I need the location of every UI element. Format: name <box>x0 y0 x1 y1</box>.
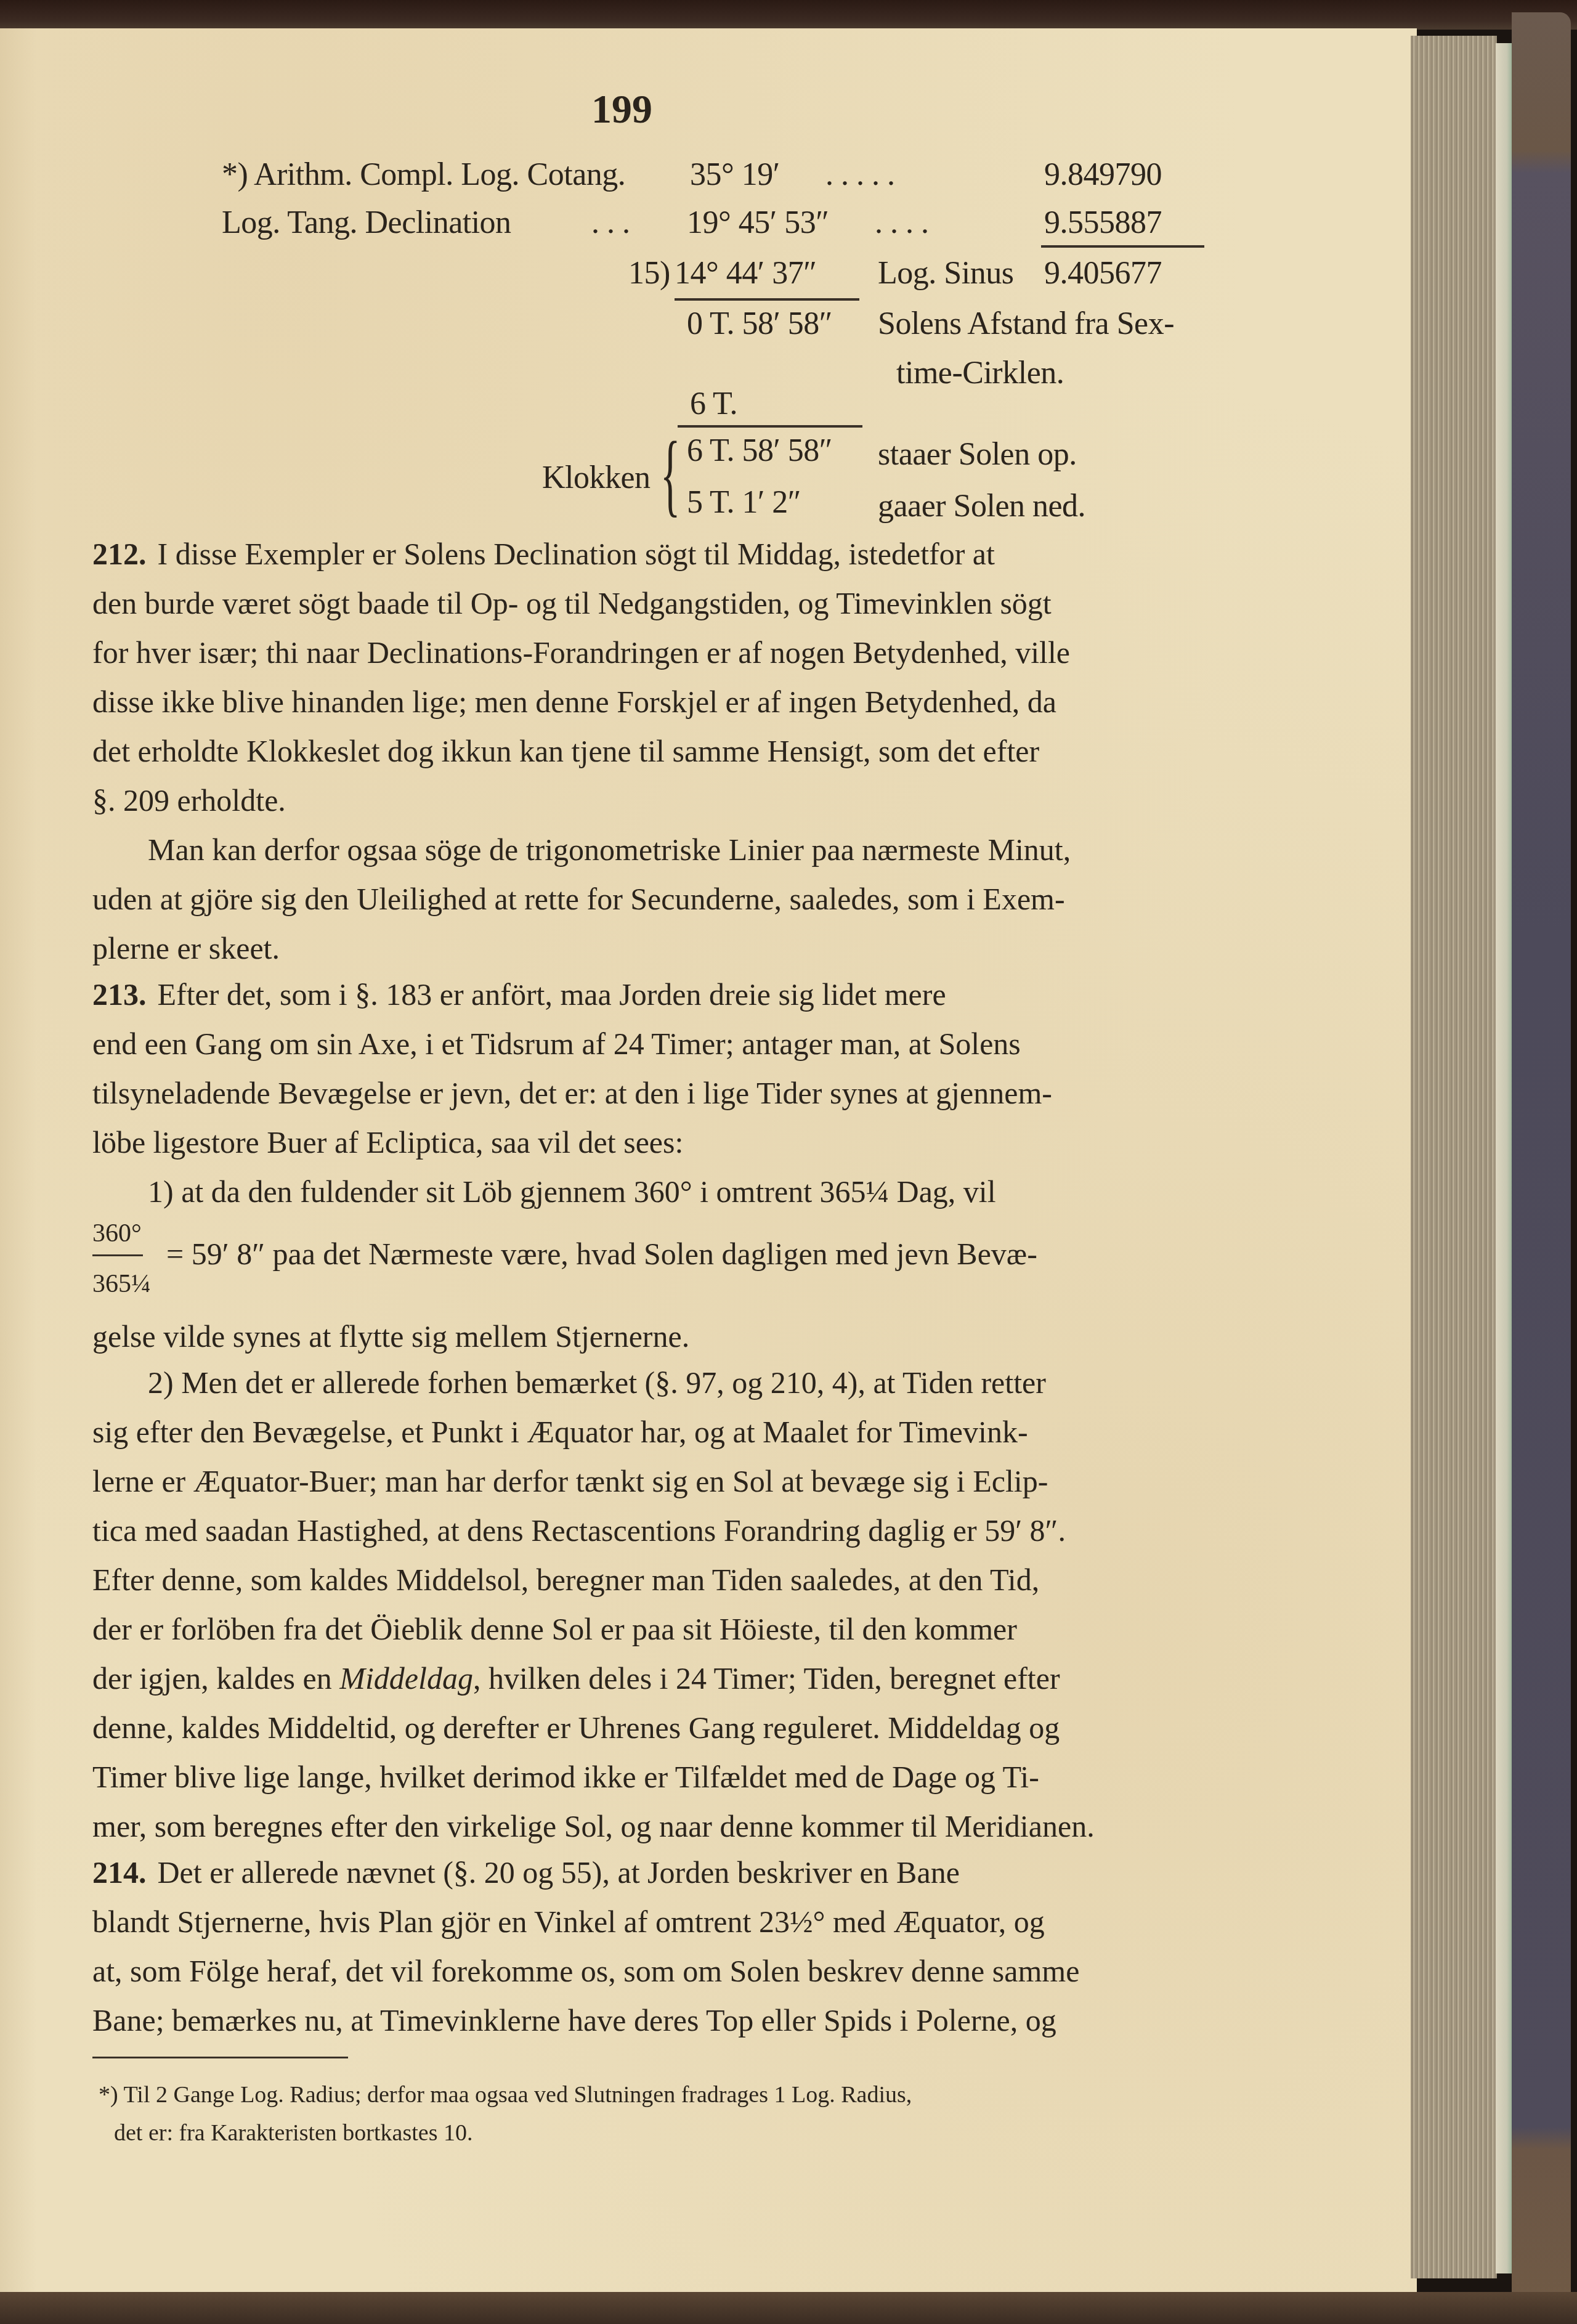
calc-row3-value: 9.405677 <box>1044 258 1162 290</box>
calc-row3-prefix: 15) <box>628 258 670 290</box>
p212-line-5: det erholdte Klokkeslet dog ikkun kan tj… <box>92 733 1204 769</box>
p213-1-line-1: 1) at da den fuldender sit Löb gjennem 3… <box>148 1174 1204 1209</box>
p214-line-3: at, som Fölge heraf, det vil forekomme o… <box>92 1953 1204 1989</box>
fraction-denominator: 365¼ <box>92 1269 151 1299</box>
calc-row1-label: *) Arithm. Compl. Log. Cotang. <box>222 159 625 191</box>
p213-2-line-1: 2) Men det er allerede forhen bemærket (… <box>148 1365 1204 1400</box>
p213-line-2: end een Gang om sin Axe, i et Tidsrum af… <box>92 1026 1204 1062</box>
calc-row2-value: 9.555887 <box>1044 207 1162 239</box>
p213-2-line-6: der er forlöben fra det Öieblik denne So… <box>92 1611 1204 1647</box>
p212-line-2: den burde været sögt baade til Op- og ti… <box>92 585 1204 621</box>
page-stack-edges <box>1411 36 1497 2278</box>
p214-line-4: Bane; bemærkes nu, at Timevinklerne have… <box>92 2002 1204 2038</box>
section-number-212: 212. <box>92 537 147 571</box>
term-middeldag: Middeldag <box>339 1661 473 1696</box>
book-cover <box>1512 12 1571 2310</box>
klokken-row1-text: staaer Solen op. <box>878 439 1077 471</box>
fraction-numerator: 360° <box>92 1219 142 1248</box>
p212b-line-1: Man kan derfor ogsaa söge de trigonometr… <box>148 832 1204 867</box>
calc-row1-value: 9.849790 <box>1044 159 1162 191</box>
calc-row2-dots-before: . . . <box>591 207 630 239</box>
calc-row3-label: Log. Sinus <box>878 258 1013 290</box>
page-number: 199 <box>591 86 652 133</box>
calc-row4-label: Solens Afstand fra Sex- <box>878 308 1174 340</box>
p213-2-line-9: Timer blive lige lange, hvilket derimod … <box>92 1759 1204 1795</box>
klokken-label: Klokken <box>542 462 651 494</box>
p213-1-last: gelse vilde synes at flytte sig mellem S… <box>92 1318 1204 1354</box>
p212-line-4: disse ikke blive hinanden lige; men denn… <box>92 684 1204 720</box>
book-bottom-edge <box>0 2292 1577 2324</box>
book-top-edge <box>0 0 1577 30</box>
p212b-line-3: plerne er skeet. <box>92 930 1204 966</box>
klokken-row2-text: gaaer Solen ned. <box>878 490 1085 522</box>
p213-2-line-10: mer, som beregnes efter den virkelige So… <box>92 1808 1204 1844</box>
calc-row1-angle: 35° 19′ <box>690 159 780 191</box>
subtraction-rule <box>678 425 862 428</box>
p213-2-line-4: tica med saadan Hastighed, at dens Recta… <box>92 1513 1204 1548</box>
footnote-line-2: det er: fra Karakteristen bortkastes 10. <box>114 2119 472 2147</box>
p213-1-fraction-line: = 59′ 8″ paa det Nærmeste være, hvad Sol… <box>166 1236 1204 1272</box>
p213-2-line-3: lerne er Æquator-Buer; man har derfor tæ… <box>92 1463 1204 1499</box>
klokken-row1-time: 6 T. 58′ 58″ <box>687 435 832 467</box>
section-number-214: 214. <box>92 1855 147 1890</box>
division-rule <box>675 298 859 301</box>
p214-line-2: blandt Stjernerne, hvis Plan gjör en Vin… <box>92 1904 1204 1940</box>
calc-row1-dots: . . . . . <box>825 159 895 191</box>
footnote-line-1: *) Til 2 Gange Log. Radius; derfor maa o… <box>99 2081 912 2108</box>
p212-line-1: 212.I disse Exempler er Solens Declinati… <box>92 536 1204 572</box>
calc-row4b-label: time-Cirklen. <box>896 357 1064 389</box>
section-number-213: 213. <box>92 977 147 1012</box>
calc-row2-angle: 19° 45′ 53″ <box>687 207 829 239</box>
calc-row4-time: 0 T. 58′ 58″ <box>687 308 832 340</box>
brace: { <box>660 428 680 521</box>
fraction-bar <box>92 1254 143 1256</box>
p213-line-1: 213.Efter det, som i §. 183 er anfört, m… <box>92 977 1204 1012</box>
endpaper <box>1496 43 1512 2273</box>
p213-2-line-5: Efter denne, som kaldes Middelsol, bereg… <box>92 1562 1204 1598</box>
calc-row5-time: 6 T. <box>690 388 737 420</box>
p213-2-line-8: denne, kaldes Middeltid, og derefter er … <box>92 1710 1204 1745</box>
p212-line-3: for hver især; thi naar Declinations-For… <box>92 635 1204 670</box>
p213-2-line-7: der igjen, kaldes en Middeldag, hvilken … <box>92 1660 1204 1696</box>
calc-row2-label: Log. Tang. Declination <box>222 207 511 239</box>
calc-row3-angle: 14° 44′ 37″ <box>675 258 816 290</box>
p213-2-line-2: sig efter den Bevægelse, et Punkt i Æqua… <box>92 1414 1204 1450</box>
calc-row2-dots: . . . . <box>875 207 929 239</box>
klokken-row2-time: 5 T. 1′ 2″ <box>687 487 801 519</box>
p212-line-6: §. 209 erholdte. <box>92 782 1204 818</box>
footnote-rule <box>92 2057 348 2058</box>
p213-line-3: tilsyneladende Bevægelse er jevn, det er… <box>92 1075 1204 1111</box>
sum-rule <box>1041 245 1204 248</box>
p214-line-1: 214.Det er allerede nævnet (§. 20 og 55)… <box>92 1855 1204 1890</box>
p212b-line-2: uden at gjöre sig den Uleilighed at rett… <box>92 881 1204 917</box>
p213-line-4: löbe ligestore Buer af Ecliptica, saa vi… <box>92 1124 1204 1160</box>
